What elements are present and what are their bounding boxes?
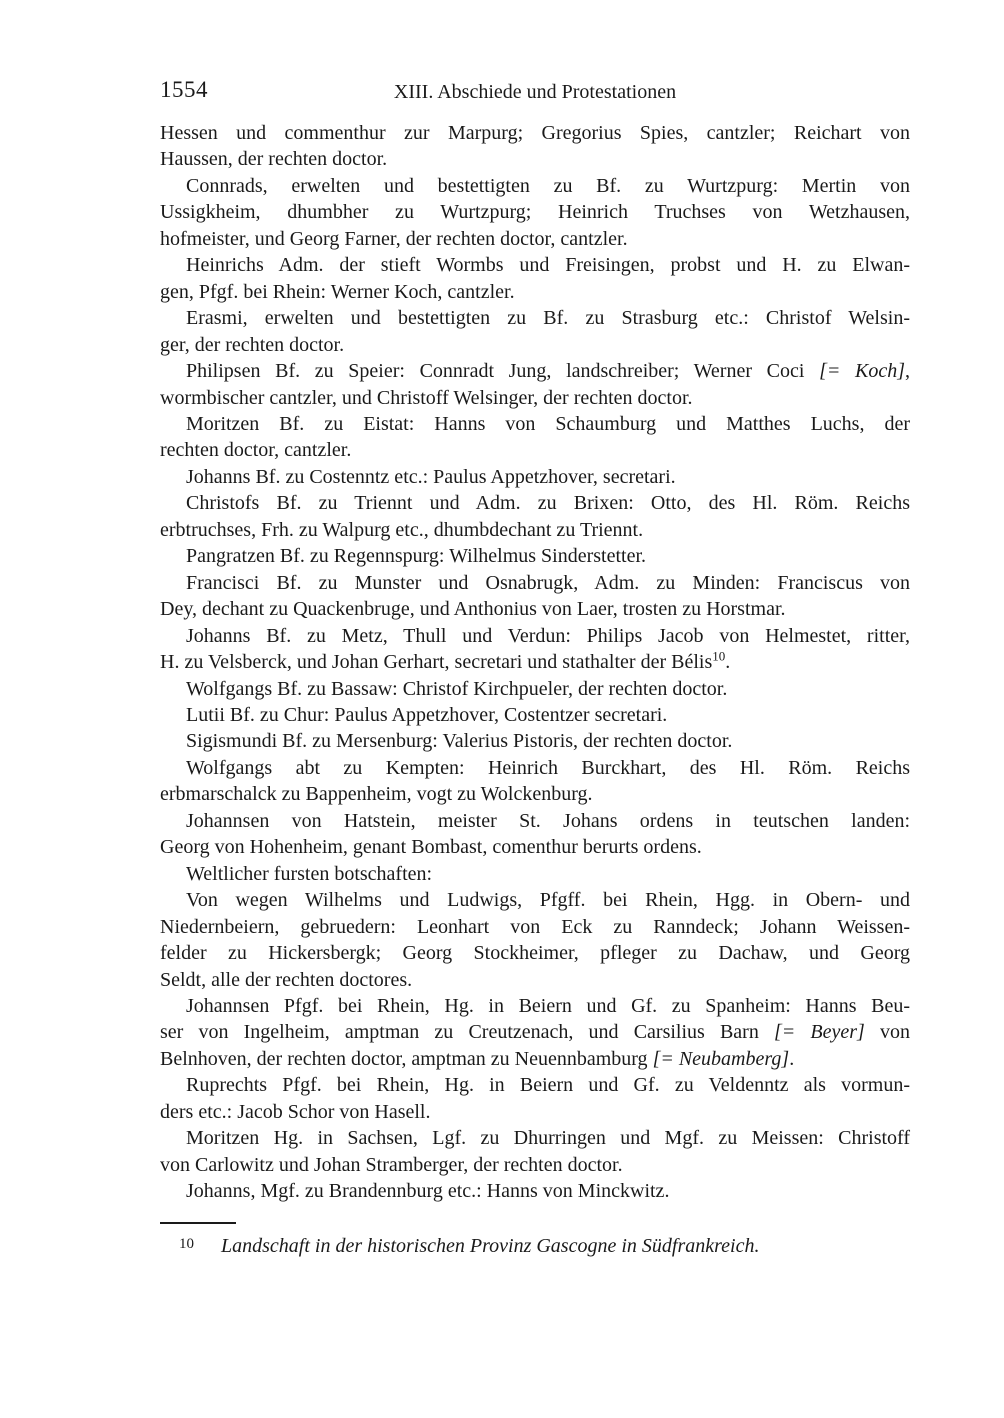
text-line: Philipsen Bf. zu Speier: Connradt Jung, …	[160, 358, 910, 384]
text-line: felder zu Hickersbergk; Georg Stockheime…	[160, 940, 910, 966]
body-text: Hessen und commenthur zur Marpurg; Grego…	[160, 120, 910, 1205]
footnote-text: Landschaft in der historischen Provinz G…	[221, 1235, 759, 1257]
text-line: Georg von Hohenheim, genant Bombast, com…	[160, 834, 910, 860]
text-line: wormbischer cantzler, und Christoff Wels…	[160, 385, 910, 411]
text-line: Johannsen Pfgf. bei Rhein, Hg. in Beiern…	[160, 993, 910, 1019]
text-line: erbmarschalck zu Bappenheim, vogt zu Wol…	[160, 781, 910, 807]
text-line: Lutii Bf. zu Chur: Paulus Appetzhover, C…	[160, 702, 910, 728]
text-line: Belnhoven, der rechten doctor, amptman z…	[160, 1046, 910, 1072]
text-line: erbtruchses, Frh. zu Walpurg etc., dhumb…	[160, 517, 910, 543]
text-line: von Carlowitz und Johan Stramberger, der…	[160, 1152, 910, 1178]
text-line: gen, Pfgf. bei Rhein: Werner Koch, cantz…	[160, 279, 910, 305]
text-line: Moritzen Hg. in Sachsen, Lgf. zu Dhurrin…	[160, 1125, 910, 1151]
text-line: Francisci Bf. zu Munster und Osnabrugk, …	[160, 570, 910, 596]
footnote: 10Landschaft in der historischen Provinz…	[160, 1231, 950, 1259]
text-line: Christofs Bf. zu Triennt und Adm. zu Bri…	[160, 490, 910, 516]
text-line: rechten doctor, cantzler.	[160, 437, 910, 463]
text-line: Weltlicher fursten botschaften:	[160, 861, 910, 887]
text-line: Heinrichs Adm. der stieft Wormbs und Fre…	[160, 252, 910, 278]
text-line: Dey, dechant zu Quackenbruge, und Anthon…	[160, 596, 910, 622]
text-line: Johanns Bf. zu Metz, Thull und Verdun: P…	[160, 623, 910, 649]
chapter-title: XIII. Abschiede und Protestationen	[160, 78, 910, 103]
text-line: Haussen, der rechten doctor.	[160, 146, 910, 172]
text-line: Sigismundi Bf. zu Mersenburg: Valerius P…	[160, 728, 910, 754]
text-line: Moritzen Bf. zu Eistat: Hanns von Schaum…	[160, 411, 910, 437]
text-line: Johanns, Mgf. zu Brandennburg etc.: Hann…	[160, 1178, 910, 1204]
footnote-marker: 10	[179, 1236, 194, 1252]
text-line: Ruprechts Pfgf. bei Rhein, Hg. in Beiern…	[160, 1072, 910, 1098]
text-line: Von wegen Wilhelms und Ludwigs, Pfgff. b…	[160, 887, 910, 913]
text-line: Hessen und commenthur zur Marpurg; Grego…	[160, 120, 910, 146]
page-number: 1554	[160, 78, 208, 102]
text-line: Wolfgangs Bf. zu Bassaw: Christof Kirchp…	[160, 676, 910, 702]
text-line: Seldt, alle der rechten doctores.	[160, 967, 910, 993]
text-line: Pangratzen Bf. zu Regennspurg: Wilhelmus…	[160, 543, 910, 569]
text-line: Niedernbeiern, gebruedern: Leonhart von …	[160, 914, 910, 940]
text-line: H. zu Velsberck, und Johan Gerhart, secr…	[160, 649, 910, 675]
text-line: Johanns Bf. zu Costenntz etc.: Paulus Ap…	[160, 464, 910, 490]
text-line: Connrads, erwelten und bestettigten zu B…	[160, 173, 910, 199]
text-line: ger, der rechten doctor.	[160, 332, 910, 358]
footnote-separator	[160, 1222, 236, 1224]
book-page: 1554 XIII. Abschiede und Protestationen …	[0, 0, 1004, 1418]
text-line: ders etc.: Jacob Schor von Hasell.	[160, 1099, 910, 1125]
text-line: ser von Ingelheim, amptman zu Creutzenac…	[160, 1019, 910, 1045]
text-line: Ussigkheim, dhumbher zu Wurtzpurg; Heinr…	[160, 199, 910, 225]
text-line: Wolfgangs abt zu Kempten: Heinrich Burck…	[160, 755, 910, 781]
text-line: Johannsen von Hatstein, meister St. Joha…	[160, 808, 910, 834]
footnote-reference: 10	[712, 648, 725, 663]
text-line: hofmeister, und Georg Farner, der rechte…	[160, 226, 910, 252]
page-header: 1554 XIII. Abschiede und Protestationen	[160, 78, 910, 108]
text-line: Erasmi, erwelten und bestettigten zu Bf.…	[160, 305, 910, 331]
